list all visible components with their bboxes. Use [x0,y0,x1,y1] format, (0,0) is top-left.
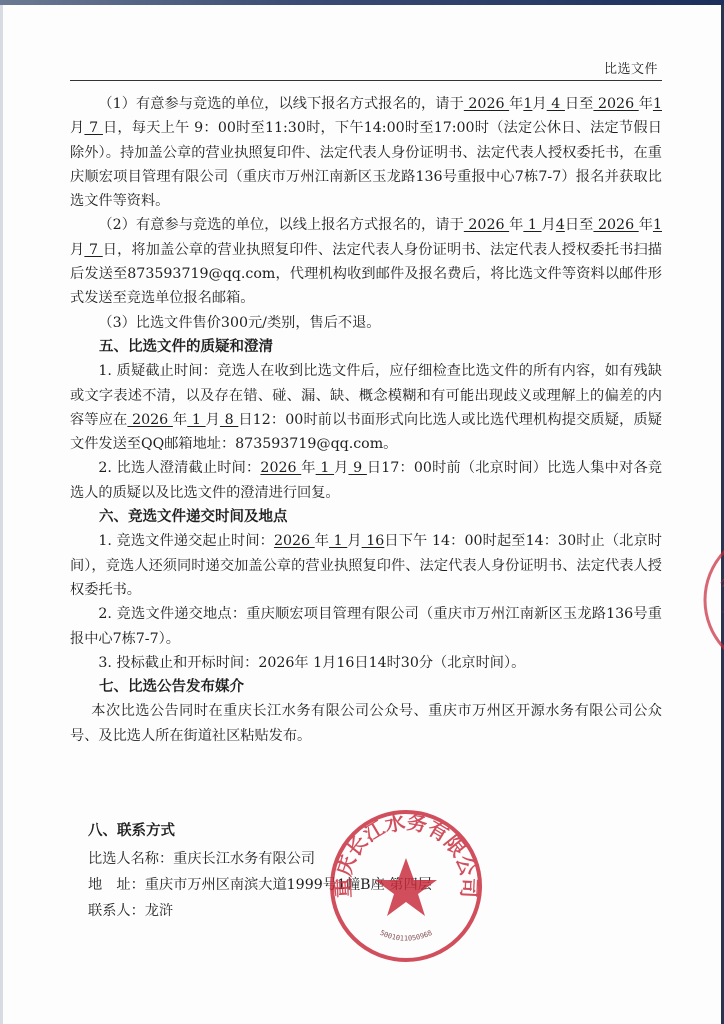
text: 年 [173,412,187,428]
document-page: 比选文件 （1）有意参与竞选的单位，以线下报名方式报名的，请于 2026 年1月… [0,0,724,1024]
date-field: 1 [653,217,662,233]
query-deadline-paragraph: 1. 质疑截止时间：竞选人在收到比选文件后，应仔细检查比选文件的所有内容，如有残… [70,359,662,456]
publication-media-paragraph: 本次比选公告同时在重庆长江水务有限公司公众号、重庆市万州区开源水务有限公司公众号… [70,699,662,748]
clarification-deadline-paragraph: 2. 比选人澄清截止时间：2026 年 1 月 9 日17：00时前（北京时间）… [70,456,662,505]
text: 年 [509,217,523,233]
date-field: 8 [220,412,238,428]
text: 日，将加盖公章的营业执照复印件、法定代表人身份证明书、法定代表人授权委托书扫描后… [70,242,662,307]
star-icon [375,858,437,916]
text: 1. 竞选文件递交起止时间： [98,533,274,549]
bidder-name-label: 比选人名称： [88,851,173,867]
text: 2. 比选人澄清截止时间： [98,460,260,476]
text: （2）有意参与竞选的单位，以线上报名方式报名的，请于 [98,217,463,233]
text: 月 [542,217,556,233]
contact-person-label: 联系人： [88,903,145,919]
text: 月 [70,242,84,258]
text: 年 [315,533,329,549]
bidder-name-value: 重庆长江水务有限公司 [173,851,315,867]
running-header: 比选文件 [70,58,662,81]
date-field: 2026 [127,412,172,428]
section-heading-5: 五、比选文件的质疑和澄清 [70,335,662,359]
text: 月 [347,533,361,549]
date-field: 9 [348,460,366,476]
text: 月 [70,120,84,136]
svg-text:市: 市 [715,574,724,594]
date-field: 2026 [593,96,638,112]
text: 月 [334,460,348,476]
section-heading-6: 六、竞选文件递交时间及地点 [70,505,662,529]
date-field: 4 [556,217,565,233]
svg-text:5001011050968: 5001011050968 [379,929,434,943]
text: 日至 [565,96,594,112]
submission-time-paragraph: 1. 竞选文件递交起止时间：2026 年 1 月 16日下午 14：00时起至1… [70,529,662,602]
svg-text:万: 万 [718,606,724,623]
date-field: 2026 [593,217,638,233]
text: 年 [301,460,315,476]
registration-online-paragraph: （2）有意参与竞选的单位，以线上报名方式报名的，请于 2026 年 1 月4日至… [70,213,662,310]
contact-person-value: 龙浒 [145,903,173,919]
text: 年 [639,96,653,112]
date-field: 2026 [464,96,509,112]
date-field: 7 [84,120,103,136]
company-seal-stamp: 重庆长江水务有限公司 5001011050968 [326,806,486,966]
submission-location-paragraph: 2. 竞选文件递交地点：重庆顺宏项目管理有限公司（重庆市万州江南新区玉龙路136… [70,602,662,651]
partial-seal-stamp: 市 万 [700,540,724,660]
document-price-paragraph: （3）比选文件售价300元/类别，售后不退。 [70,311,662,335]
date-field: 1 [523,217,541,233]
text: （1）有意参与竞选的单位，以线下报名方式报名的，请于 [98,96,463,112]
date-field: 7 [84,242,102,258]
registration-offline-paragraph: （1）有意参与竞选的单位，以线下报名方式报名的，请于 2026 年1月 4 日至… [70,92,662,213]
text: 月 [532,96,546,112]
date-field: 2026 [274,533,315,549]
date-field: 2026 [464,217,509,233]
text: 日，每天上午 9：00时至11:30时，下午14:00时至17:00时（法定公休… [70,120,662,209]
running-header-title: 比选文件 [604,58,658,77]
date-field: 1 [653,96,662,112]
text: 日至 [565,217,594,233]
date-field: 2026 [260,460,301,476]
text: 年 [509,96,523,112]
date-field: 16 [362,533,385,549]
text: 月 [206,412,220,428]
date-field: 1 [187,412,205,428]
document-body: （1）有意参与竞选的单位，以线下报名方式报名的，请于 2026 年1月 4 日至… [70,92,662,748]
bid-opening-time-paragraph: 3. 投标截止和开标时间：2026年 1月16日14时30分（北京时间）。 [70,651,662,675]
text: 年 [639,217,653,233]
address-label: 地 址： [88,877,145,893]
date-field: 4 [547,96,565,112]
date-field: 1 [316,460,334,476]
date-field: 1 [329,533,347,549]
section-heading-7: 七、比选公告发布媒介 [70,675,662,699]
